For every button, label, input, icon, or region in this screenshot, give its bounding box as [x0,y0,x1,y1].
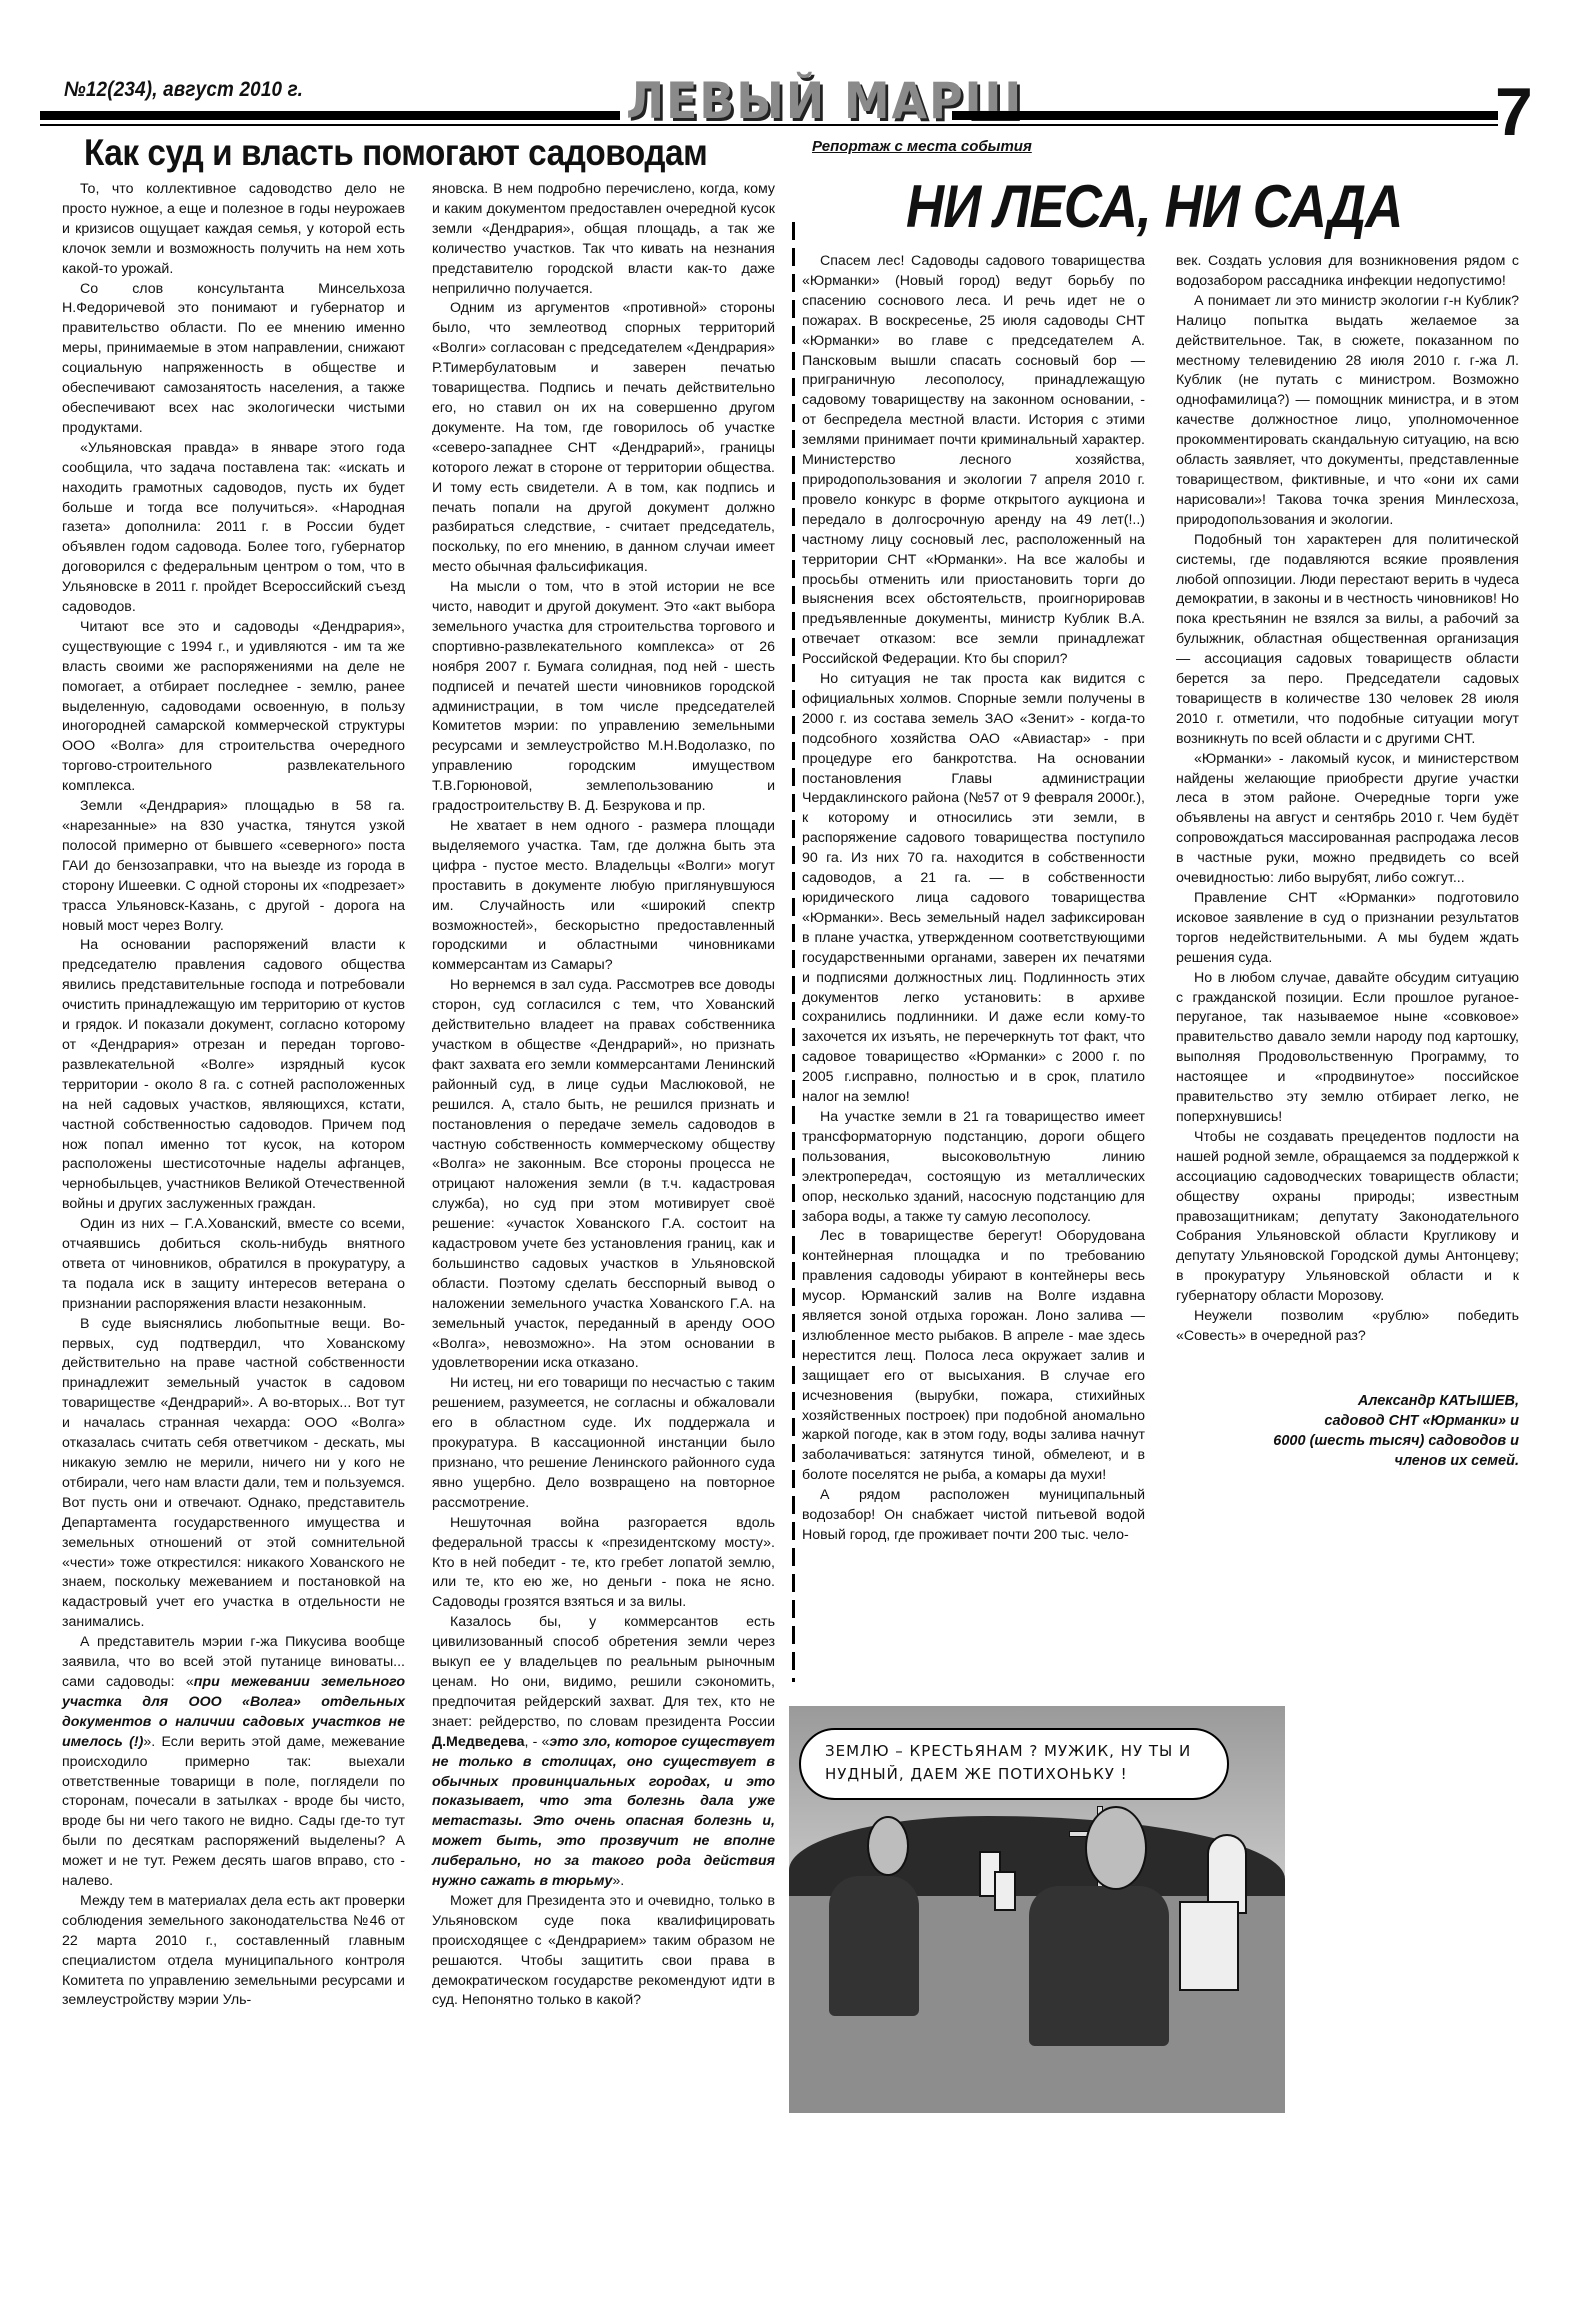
paragraph: На мысли о том, что в этой истории не вс… [432,578,775,817]
paragraph-with-quote: А представитель мэрии г-жа Пикусива вооб… [62,1633,405,1892]
speech-line: НУДНЫЙ, ДАЕМ ЖЕ ПОТИХОНЬКУ ! [825,1763,1203,1786]
paragraph: В суде выяснялись любопытные вещи. Во-пе… [62,1315,405,1634]
paragraph: Ни истец, ни его товарищи по несчастью с… [432,1374,775,1513]
paragraph: Лес в товариществе берегут! Оборудована … [802,1227,1145,1486]
paragraph: яновска. В нем подробно перечислено, ког… [432,180,775,299]
article-left-title: Как суд и власть помогают садоводам [84,132,707,174]
signature-line: 6000 (шесть тысяч) садоводов и [1176,1431,1519,1451]
paragraph: Правление СНТ «Юрманки» подготовило иско… [1176,889,1519,969]
issue-date: №12(234), август 2010 г. [64,78,303,102]
text: , - « [525,1734,550,1750]
article-right-kicker: Репортаж с места события [812,138,1032,155]
paragraph: Читают все это и садоводы «Дендрария», с… [62,618,405,797]
text: ». Если верить этой даме, межевание прои… [62,1734,405,1889]
text: ». [612,1873,624,1889]
gravestone-icon [1179,1901,1239,1991]
header-rule-right [952,111,1498,120]
peasant-figure [829,1876,919,2016]
paragraph-with-quote: Казалось бы, у коммерсантов есть цивилиз… [432,1613,775,1892]
official-figure [1029,1886,1169,2046]
paragraph: «Ульяновская правда» в январе этого года… [62,439,405,618]
header-thin-rule [40,124,1498,126]
paragraph: То, что коллективное садоводство дело не… [62,180,405,280]
paragraph: Спасем лес! Садоводы садового товарищест… [802,252,1145,670]
article-right-column-1: Спасем лес! Садоводы садового товарищест… [802,252,1145,1546]
paragraph: Может для Президента это и очевидно, тол… [432,1892,775,2011]
paragraph: Но в любом случае, давайте обсудим ситуа… [1176,969,1519,1128]
page-header: №12(234), август 2010 г. ЛЕВЫЙ МАРШ 7 [0,0,1581,150]
paragraph: А рядом расположен муниципальный водозаб… [802,1486,1145,1546]
author-signature: Александр КАТЫШЕВ, садовод СНТ «Юрманки»… [1176,1391,1519,1471]
bold-name: Д.Медведева [432,1734,525,1750]
paragraph: Но вернемся в зал суда. Рассмотрев все д… [432,976,775,1374]
paragraph: Одним из аргументов «противной» стороны … [432,299,775,578]
article-left-column-2: яновска. В нем подробно перечислено, ког… [432,180,775,2011]
paragraph: На основании распоряжений власти к предс… [62,936,405,1215]
signature-line: Александр КАТЫШЕВ, [1176,1391,1519,1411]
cartoon-illustration: ЗЕМЛЮ – КРЕСТЬЯНАМ ? МУЖИК, НУ ТЫ И НУДН… [789,1706,1285,2113]
paragraph: На участке земли в 21 га товарищество им… [802,1108,1145,1227]
article-left-column-1: То, что коллективное садоводство дело не… [62,180,405,2011]
article-divider [792,222,795,1682]
official-head [1085,1806,1147,1890]
header-rule-left [40,111,620,120]
paragraph: Не хватает в нем одного - размера площад… [432,817,775,976]
paragraph: Один из них – Г.А.Хованский, вместе со в… [62,1215,405,1315]
bold-quote: это зло, которое существует не только в … [432,1734,775,1889]
paragraph: Земли «Дендрария» площадью в 58 га. «нар… [62,797,405,936]
paragraph: Неужели позволим «рублю» победить «Совес… [1176,1307,1519,1347]
peasant-head [867,1816,909,1876]
page-number: 7 [1495,78,1533,146]
gravestone-icon [994,1871,1016,1911]
article-right-title: НИ ЛЕСА, НИ САДА [906,172,1402,241]
paragraph: Подобный тон характерен для политической… [1176,531,1519,750]
article-right-column-2: век. Создать условия для возникновения р… [1176,252,1519,1471]
text: Казалось бы, у коммерсантов есть цивилиз… [432,1614,775,1730]
paragraph: Со слов консультанта Минсельхоза Н.Федор… [62,280,405,439]
paragraph: век. Создать условия для возникновения р… [1176,252,1519,292]
paragraph: Между тем в материалах дела есть акт про… [62,1892,405,2011]
signature-line: членов их семей. [1176,1451,1519,1471]
newspaper-masthead: ЛЕВЫЙ МАРШ [626,72,1023,130]
paragraph: Нешуточная война разгорается вдоль федер… [432,1514,775,1614]
paragraph: Но ситуация не так проста как видится с … [802,670,1145,1108]
speech-line: ЗЕМЛЮ – КРЕСТЬЯНАМ ? МУЖИК, НУ ТЫ И [825,1740,1203,1763]
paragraph: А понимает ли это министр экологии г-н К… [1176,292,1519,531]
paragraph: Чтобы не создавать прецедентов подлости … [1176,1128,1519,1307]
paragraph: «Юрманки» - лакомый кусок, и министерств… [1176,750,1519,889]
speech-bubble: ЗЕМЛЮ – КРЕСТЬЯНАМ ? МУЖИК, НУ ТЫ И НУДН… [799,1728,1229,1800]
signature-line: садовод СНТ «Юрманки» и [1176,1411,1519,1431]
